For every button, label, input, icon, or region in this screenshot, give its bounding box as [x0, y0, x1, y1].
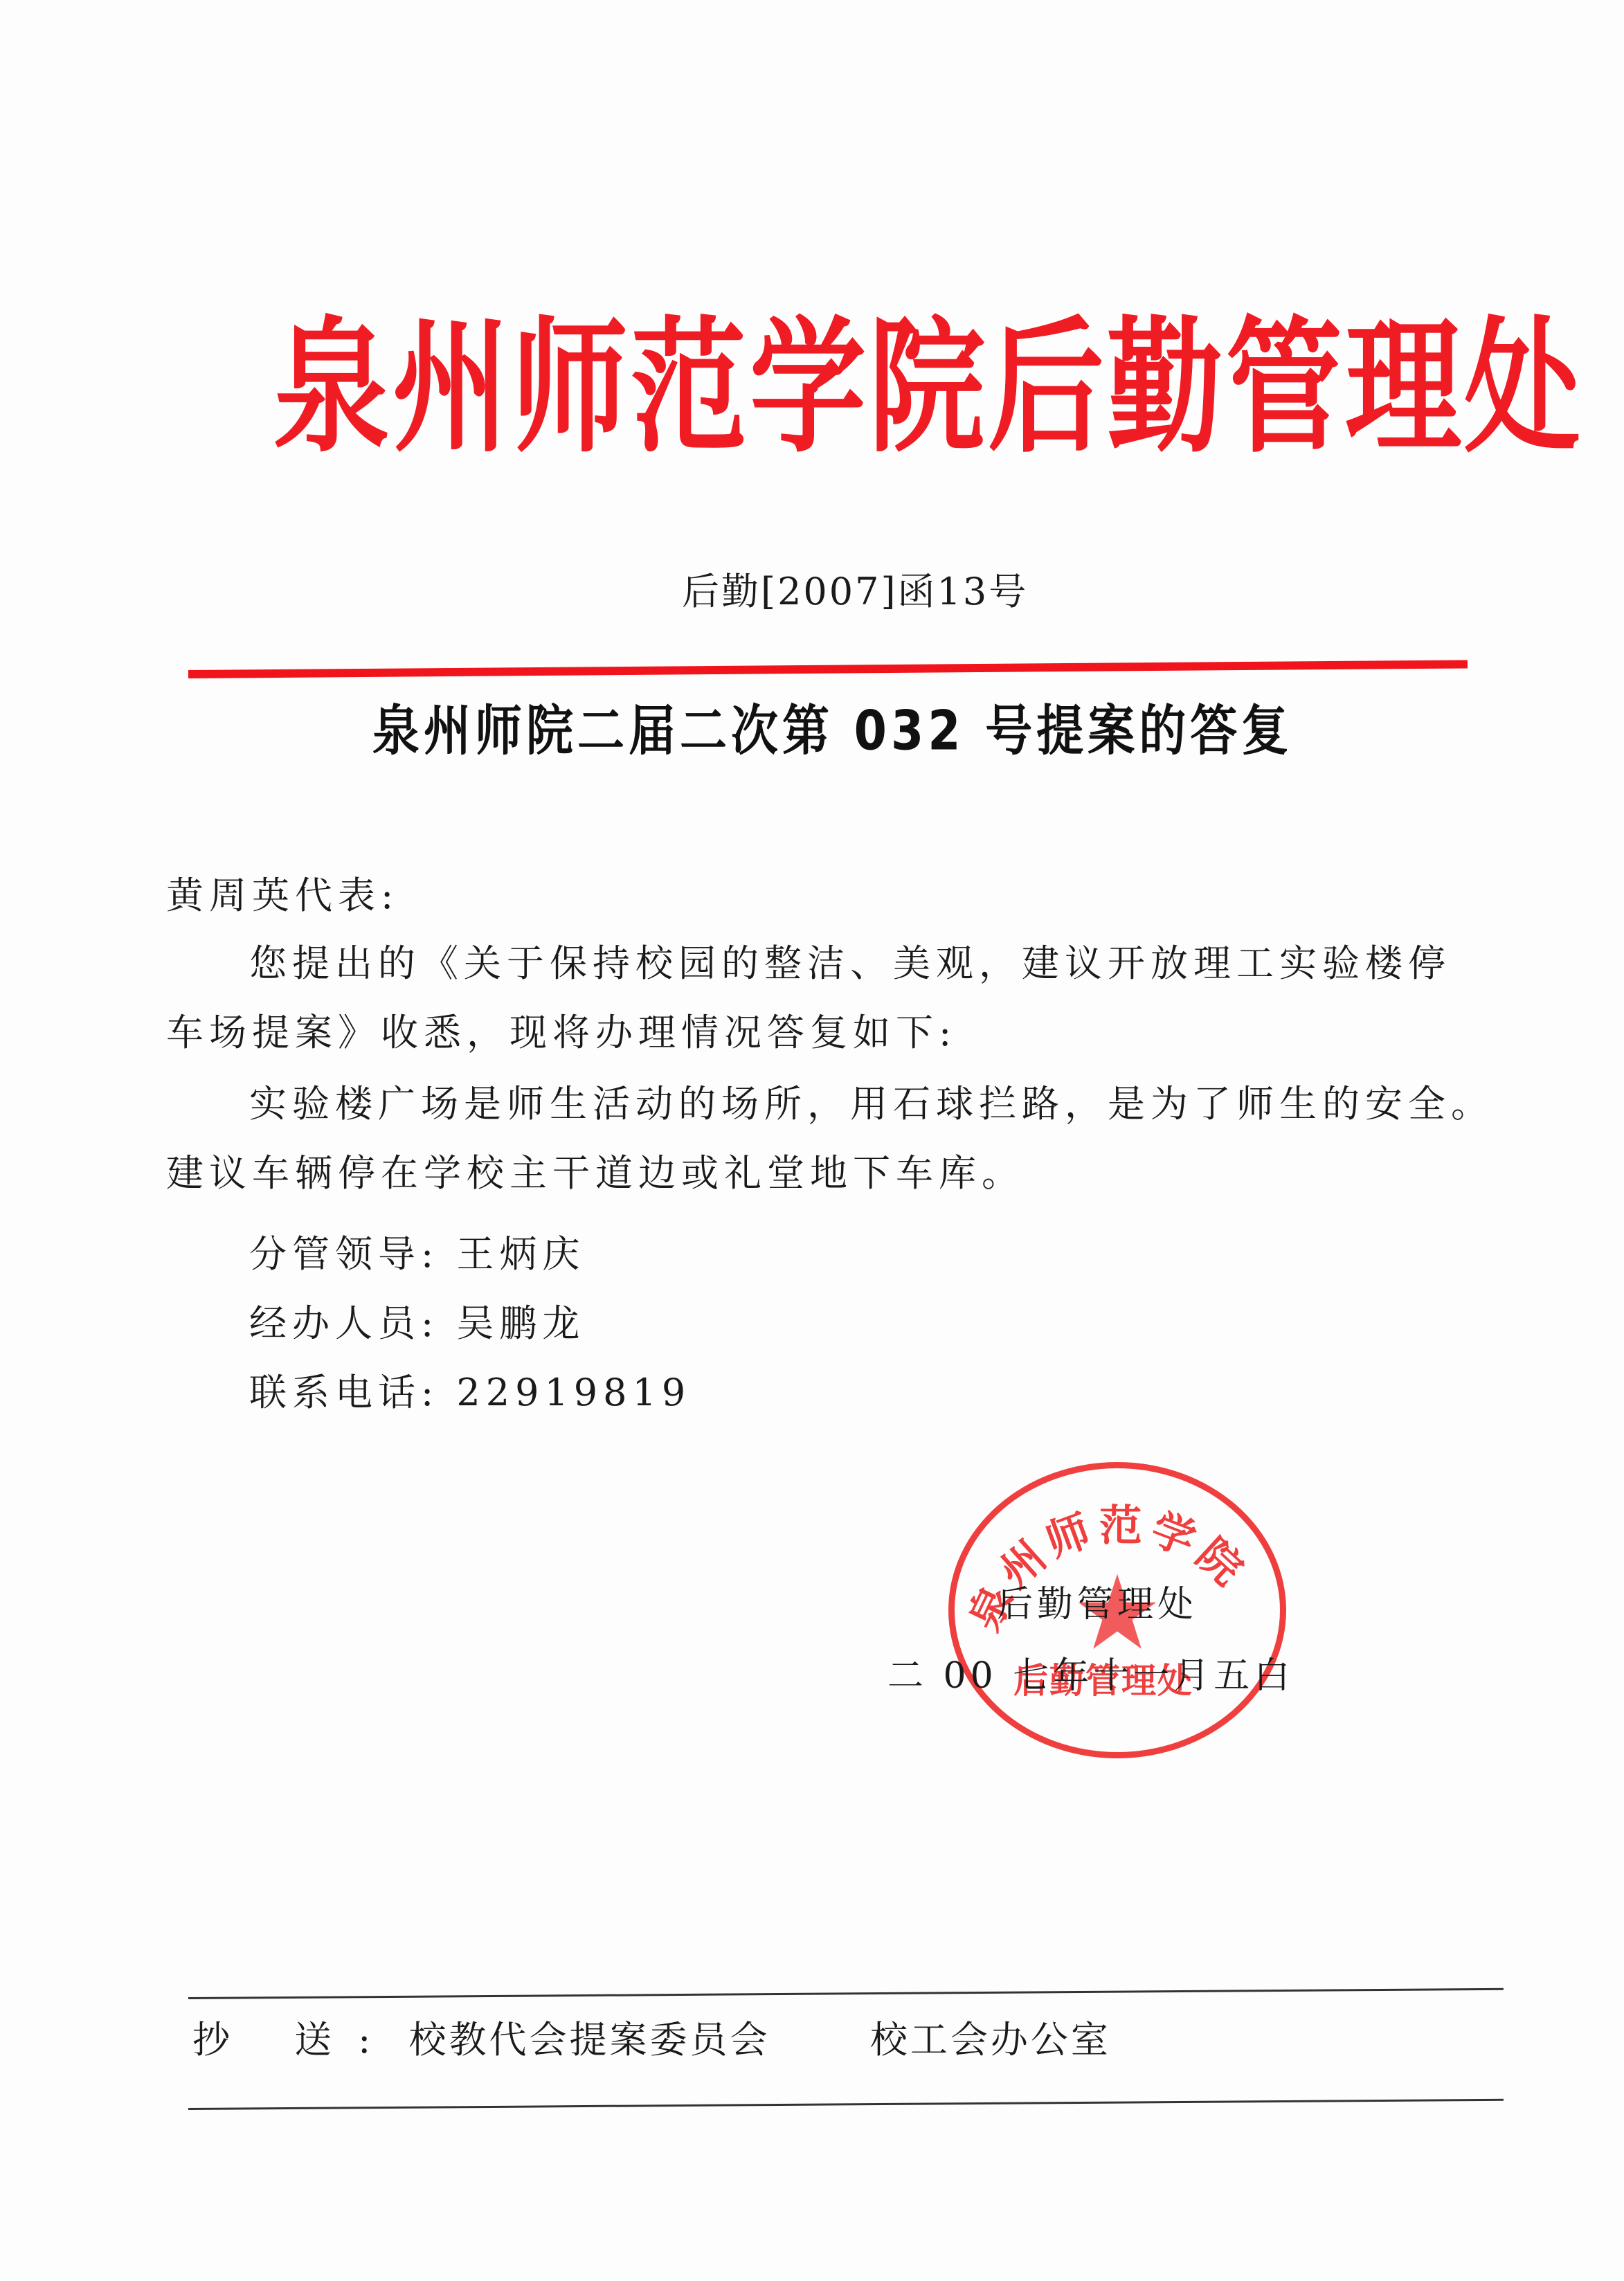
cc-label: 抄 送:	[192, 2018, 397, 2062]
document-page: 泉州师范学院后勤管理处 后勤[2007]函13号 泉州师院二届二次第 032 号…	[0, 0, 1624, 2281]
cc-line: 抄 送: 校教代会提案委员会 校工会办公室	[192, 2021, 1111, 2059]
signature-date: 二 00 七年十一月五白	[887, 1658, 1294, 1694]
contact-value: 王炳庆	[456, 1232, 585, 1276]
paragraph-2-line-1: 实验楼广场是师生活动的场所，用石球拦路，是为了师生的安全。	[249, 1085, 1494, 1123]
document-number: 后勤[2007]函13号	[682, 573, 1028, 611]
header-divider	[188, 660, 1468, 678]
contact-label: 分管领导:	[249, 1232, 439, 1276]
contact-phone: 联系电话: 22919819	[249, 1374, 691, 1412]
salutation: 黄周英代表:	[166, 877, 399, 914]
cc-recipient: 校教代会提案委员会	[409, 2018, 770, 2062]
organization-title: 泉州师范学院后勤管理处	[273, 315, 1395, 460]
contact-leader: 分管领导: 王炳庆	[249, 1236, 585, 1273]
paragraph-1-line-2: 车场提案》收悉，现将办理情况答复如下:	[166, 1014, 957, 1052]
contact-value: 22919819	[456, 1371, 691, 1414]
paragraph-1-line-1: 您提出的《关于保持校园的整洁、美观，建议开放理工实验楼停	[249, 945, 1451, 982]
paragraph-2-line-2: 建议车辆停在学校主干道边或礼堂地下车库。	[166, 1155, 1025, 1192]
cc-recipient: 校工会办公室	[870, 2018, 1111, 2062]
subject-title: 泉州师院二届二次第 032 号提案的答复	[372, 705, 1292, 759]
contact-handler: 经办人员: 吴鹏龙	[249, 1305, 585, 1342]
signature-office: 后勤管理处	[997, 1587, 1198, 1623]
contact-label: 经办人员:	[249, 1301, 439, 1345]
footer-bottom-rule	[188, 2099, 1504, 2110]
contact-value: 吴鹏龙	[456, 1301, 585, 1345]
contact-label: 联系电话:	[249, 1371, 439, 1414]
footer-top-rule	[188, 1988, 1504, 1999]
